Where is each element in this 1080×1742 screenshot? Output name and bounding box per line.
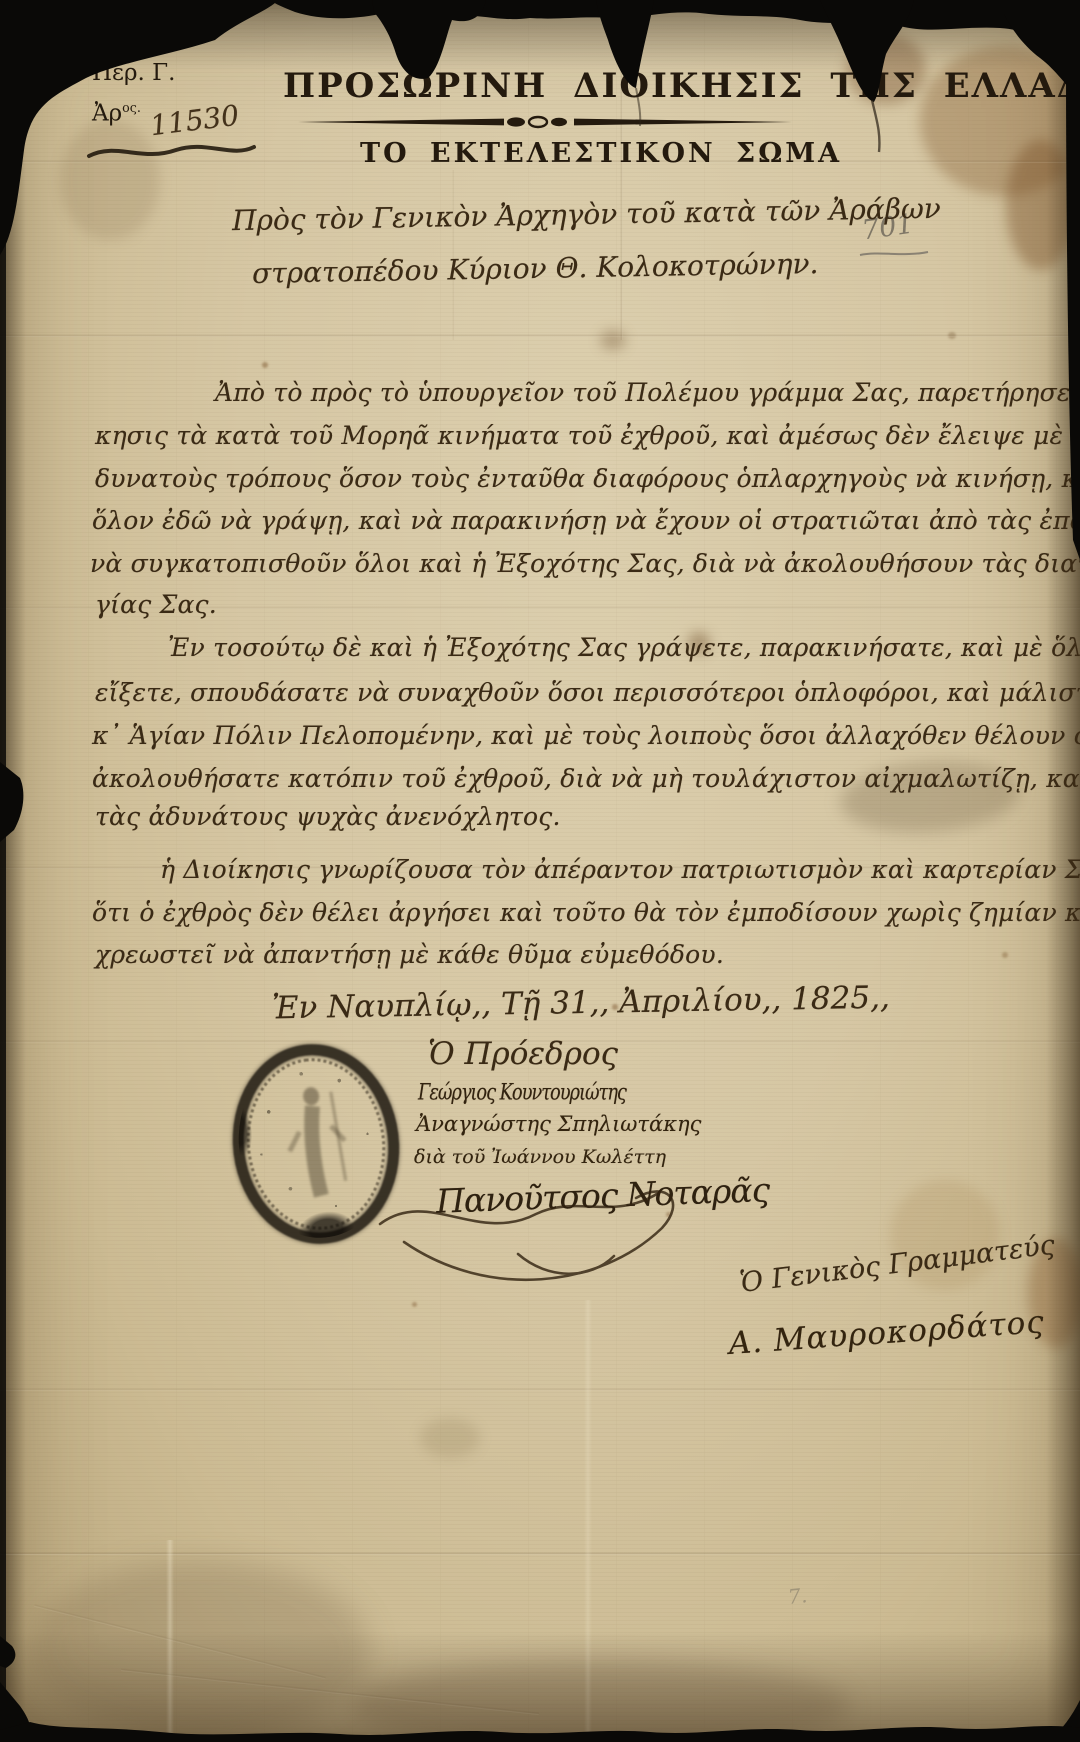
body-line: ὅτι ὁ ἐχθρὸς δὲν θέλει ἀργήσει καὶ τοῦτο… <box>92 898 1080 927</box>
body-line: γίας Σας. <box>95 590 217 619</box>
registry-number-ordinal: ος. <box>122 100 141 115</box>
body-line: Ἐν τοσούτῳ δὲ καὶ ἡ Ἐξοχότης Σας γράψετε… <box>168 633 1080 662</box>
address-line-2: στρατοπέδου Κύριον Θ. Κολοκοτρώνην. <box>252 247 819 290</box>
registry-number-value: 11530 <box>148 99 240 143</box>
registry-period-label: Περ. Γ. <box>92 60 175 86</box>
president-signature: Γεώργιος Κουντουριώτης <box>418 1080 626 1106</box>
body-line: ὅλον ἐδῶ νὰ γράψῃ, καὶ νὰ παρακινήσῃ νὰ … <box>92 506 1080 535</box>
body-line: χρεωστεῖ νὰ ἀπαντήσῃ μὲ κάθε θῦμα εὐμεθό… <box>95 940 724 969</box>
executive-body-label: ΤΟ ΕΚΤΕΛΕΣΤΙΚΟΝ ΣΩΜΑ <box>360 138 842 169</box>
body-line: δυνατοὺς τρόπους ὅσον τοὺς ἐνταῦθα διαφό… <box>95 464 1080 493</box>
body-line: κησις τὰ κατὰ τοῦ Μορηᾶ κινήματα τοῦ ἐχθ… <box>95 421 1080 450</box>
body-line: νὰ συγκατοπισθοῦν ὅλοι καὶ ἡ Ἐξοχότης Σα… <box>90 549 1080 578</box>
scanned-document: Περ. Γ. Ἀρος. 11530 ΠΡΟΣΩΡΙΝΗ ΔΙΟΙΚΗΣΙΣ … <box>0 0 1080 1742</box>
registry-number-word: Ἀρ <box>92 101 122 127</box>
secretary-label: Ὁ Γενικὸς Γραμματεύς <box>738 1230 1056 1299</box>
masthead-title: ΠΡΟΣΩΡΙΝΗ ΔΙΟΙΚΗΣΙΣ ΤΗΣ ΕΛΛΑΔΟΣ. <box>283 66 1080 106</box>
seal-standing-figure <box>221 1035 410 1254</box>
body-line: ἀκολουθήσατε κατόπιν τοῦ ἐχθροῦ, διὰ νὰ … <box>92 764 1080 793</box>
body-line: τὰς ἀδυνάτους ψυχὰς ἀνενόχλητος. <box>95 802 561 831</box>
secretary-signature: Α. Μαυροκορδάτος <box>727 1304 1045 1362</box>
member-signature-1: Ἀναγνώστης Σπηλιωτάκης <box>416 1112 701 1136</box>
dateline: Ἐν Ναυπλίῳ,, Τῇ 31,, Ἀπριλίου,, 1825,, <box>272 980 890 1027</box>
pencil-underline <box>858 248 930 260</box>
president-label: Ὁ Πρόεδρος <box>428 1036 618 1072</box>
address-line-1: Πρὸς τὸν Γενικὸν Ἀρχηγὸν τοῦ κατὰ τῶν Ἀρ… <box>232 192 941 237</box>
pencil-mark-bottom: 7. <box>787 1583 808 1609</box>
body-line: κ᾽ Ἁγίαν Πόλιν Πελοπομένην, καὶ μὲ τοὺς … <box>92 721 1080 750</box>
oval-ink-seal <box>221 1035 410 1254</box>
registry-underline-swash <box>86 140 258 166</box>
masthead-divider-ornament <box>298 112 792 132</box>
registry-number-label: Ἀρος. <box>92 100 141 127</box>
body-line: ἡ Διοίκησις γνωρίζουσα τὸν ἀπέραντον πατ… <box>160 855 1080 884</box>
signature-flourish <box>368 1158 712 1284</box>
body-line: εἴξετε, σπουδάσατε νὰ συναχθοῦν ὅσοι περ… <box>95 678 1080 707</box>
document-content: Περ. Γ. Ἀρος. 11530 ΠΡΟΣΩΡΙΝΗ ΔΙΟΙΚΗΣΙΣ … <box>0 0 1080 1742</box>
body-line: Ἀπὸ τὸ πρὸς τὸ ὑπουργεῖον τοῦ Πολέμου γρ… <box>215 378 1080 407</box>
